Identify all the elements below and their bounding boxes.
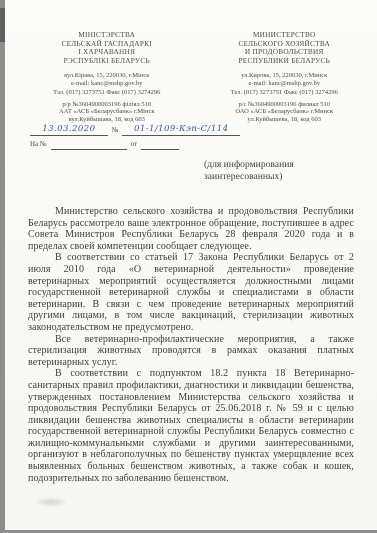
bank-address-line: ул.Куйбышева, 18, код 603: [196, 116, 374, 123]
binding-mark: [0, 8, 5, 42]
bank-name-line: ААТ «АСБ «Беларусбанк» г.Мінск: [18, 108, 196, 115]
outgoing-date-handwritten: 13.03.2020: [42, 124, 95, 134]
letter-body: Министерство сельского хозяйства и продо…: [28, 206, 354, 484]
email-line: e-mail: kanc@mshp.gov.by: [196, 80, 374, 88]
address-line: ул.Кирова, 15, 220030, г.Минск: [196, 72, 374, 80]
address-block-by: вул.Кірава, 15, 220030, г.Мінск e-mail: …: [18, 72, 196, 97]
phone-line: Тэл. (017) 3273751 Факс (017) 3274296: [18, 89, 196, 97]
letterhead: МІНІСТЭРСТВА СЕЛЬСКАЙ ГАСПАДАРКІ І ХАРЧА…: [18, 31, 373, 123]
pencil-smudge: [34, 497, 68, 507]
bank-account-line: р/с №3604900003196 филиал 510: [196, 101, 374, 108]
body-paragraph: В соответствии с подпунктом 18.2 пункта …: [28, 368, 354, 484]
address-block-ru: ул.Кирова, 15, 220030, г.Минск e-mail: k…: [196, 72, 374, 97]
phone-line: Тел. (017) 3273751 Факс (017) 3274296: [196, 89, 374, 97]
outgoing-number-field: 01-1/109-Кэп-С/114: [122, 124, 240, 136]
letterhead-right: МИНИСТЕРСТВО СЕЛЬСКОГО ХОЗЯЙСТВА И ПРОДО…: [196, 31, 374, 123]
ministry-title-line: РЕСПУБЛИКИ БЕЛАРУСЬ: [196, 57, 374, 66]
outgoing-number-handwritten: 01-1/109-Кэп-С/114: [134, 124, 228, 134]
bank-address-line: вул.Куйбышава, 18, код 603: [18, 116, 196, 123]
ministry-title-line: РЭСПУБЛІКІ БЕЛАРУСЬ: [18, 57, 196, 66]
outgoing-reference-row: 13.03.2020 № 01-1/109-Кэп-С/114: [30, 124, 240, 136]
body-paragraph: Все ветеринарно-профилактические меропри…: [28, 334, 354, 369]
bank-block-by: р/р №3604900003196 філіял 510 ААТ «АСБ «…: [18, 101, 196, 123]
recipient-note: (для информирования заинтересованных): [204, 159, 332, 182]
body-paragraph: В соответствии со статьей 17 Закона Респ…: [28, 252, 354, 333]
email-line: e-mail: kanc@mshp.gov.by: [18, 80, 196, 88]
number-sign-label: №: [108, 125, 123, 136]
ministry-title-ru: МИНИСТЕРСТВО СЕЛЬСКОГО ХОЗЯЙСТВА И ПРОДО…: [196, 31, 374, 66]
ministry-title-by: МІНІСТЭРСТВА СЕЛЬСКАЙ ГАСПАДАРКІ І ХАРЧА…: [18, 31, 196, 66]
scan-edge-left: [0, 0, 5, 533]
incoming-number-blank: [51, 141, 127, 150]
incoming-date-label: от: [127, 139, 141, 150]
incoming-number-label: На №: [30, 139, 51, 150]
bank-name-line: ОАО «АСБ «Беларусбанк» г.Минск: [196, 108, 374, 115]
outgoing-date-field: 13.03.2020: [30, 124, 108, 136]
incoming-date-blank: [141, 141, 179, 150]
scanned-letter-page: МІНІСТЭРСТВА СЕЛЬСКАЙ ГАСПАДАРКІ І ХАРЧА…: [0, 0, 377, 533]
incoming-reference-row: На № от: [30, 139, 240, 150]
body-paragraph: Министерство сельского хозяйства и продо…: [28, 206, 354, 252]
letterhead-left: МІНІСТЭРСТВА СЕЛЬСКАЙ ГАСПАДАРКІ І ХАРЧА…: [18, 31, 196, 123]
address-line: вул.Кірава, 15, 220030, г.Мінск: [18, 72, 196, 80]
bank-account-line: р/р №3604900003196 філіял 510: [18, 101, 196, 108]
reference-block: 13.03.2020 № 01-1/109-Кэп-С/114 На № от: [30, 124, 240, 150]
bank-block-ru: р/с №3604900003196 филиал 510 ОАО «АСБ «…: [196, 101, 374, 123]
